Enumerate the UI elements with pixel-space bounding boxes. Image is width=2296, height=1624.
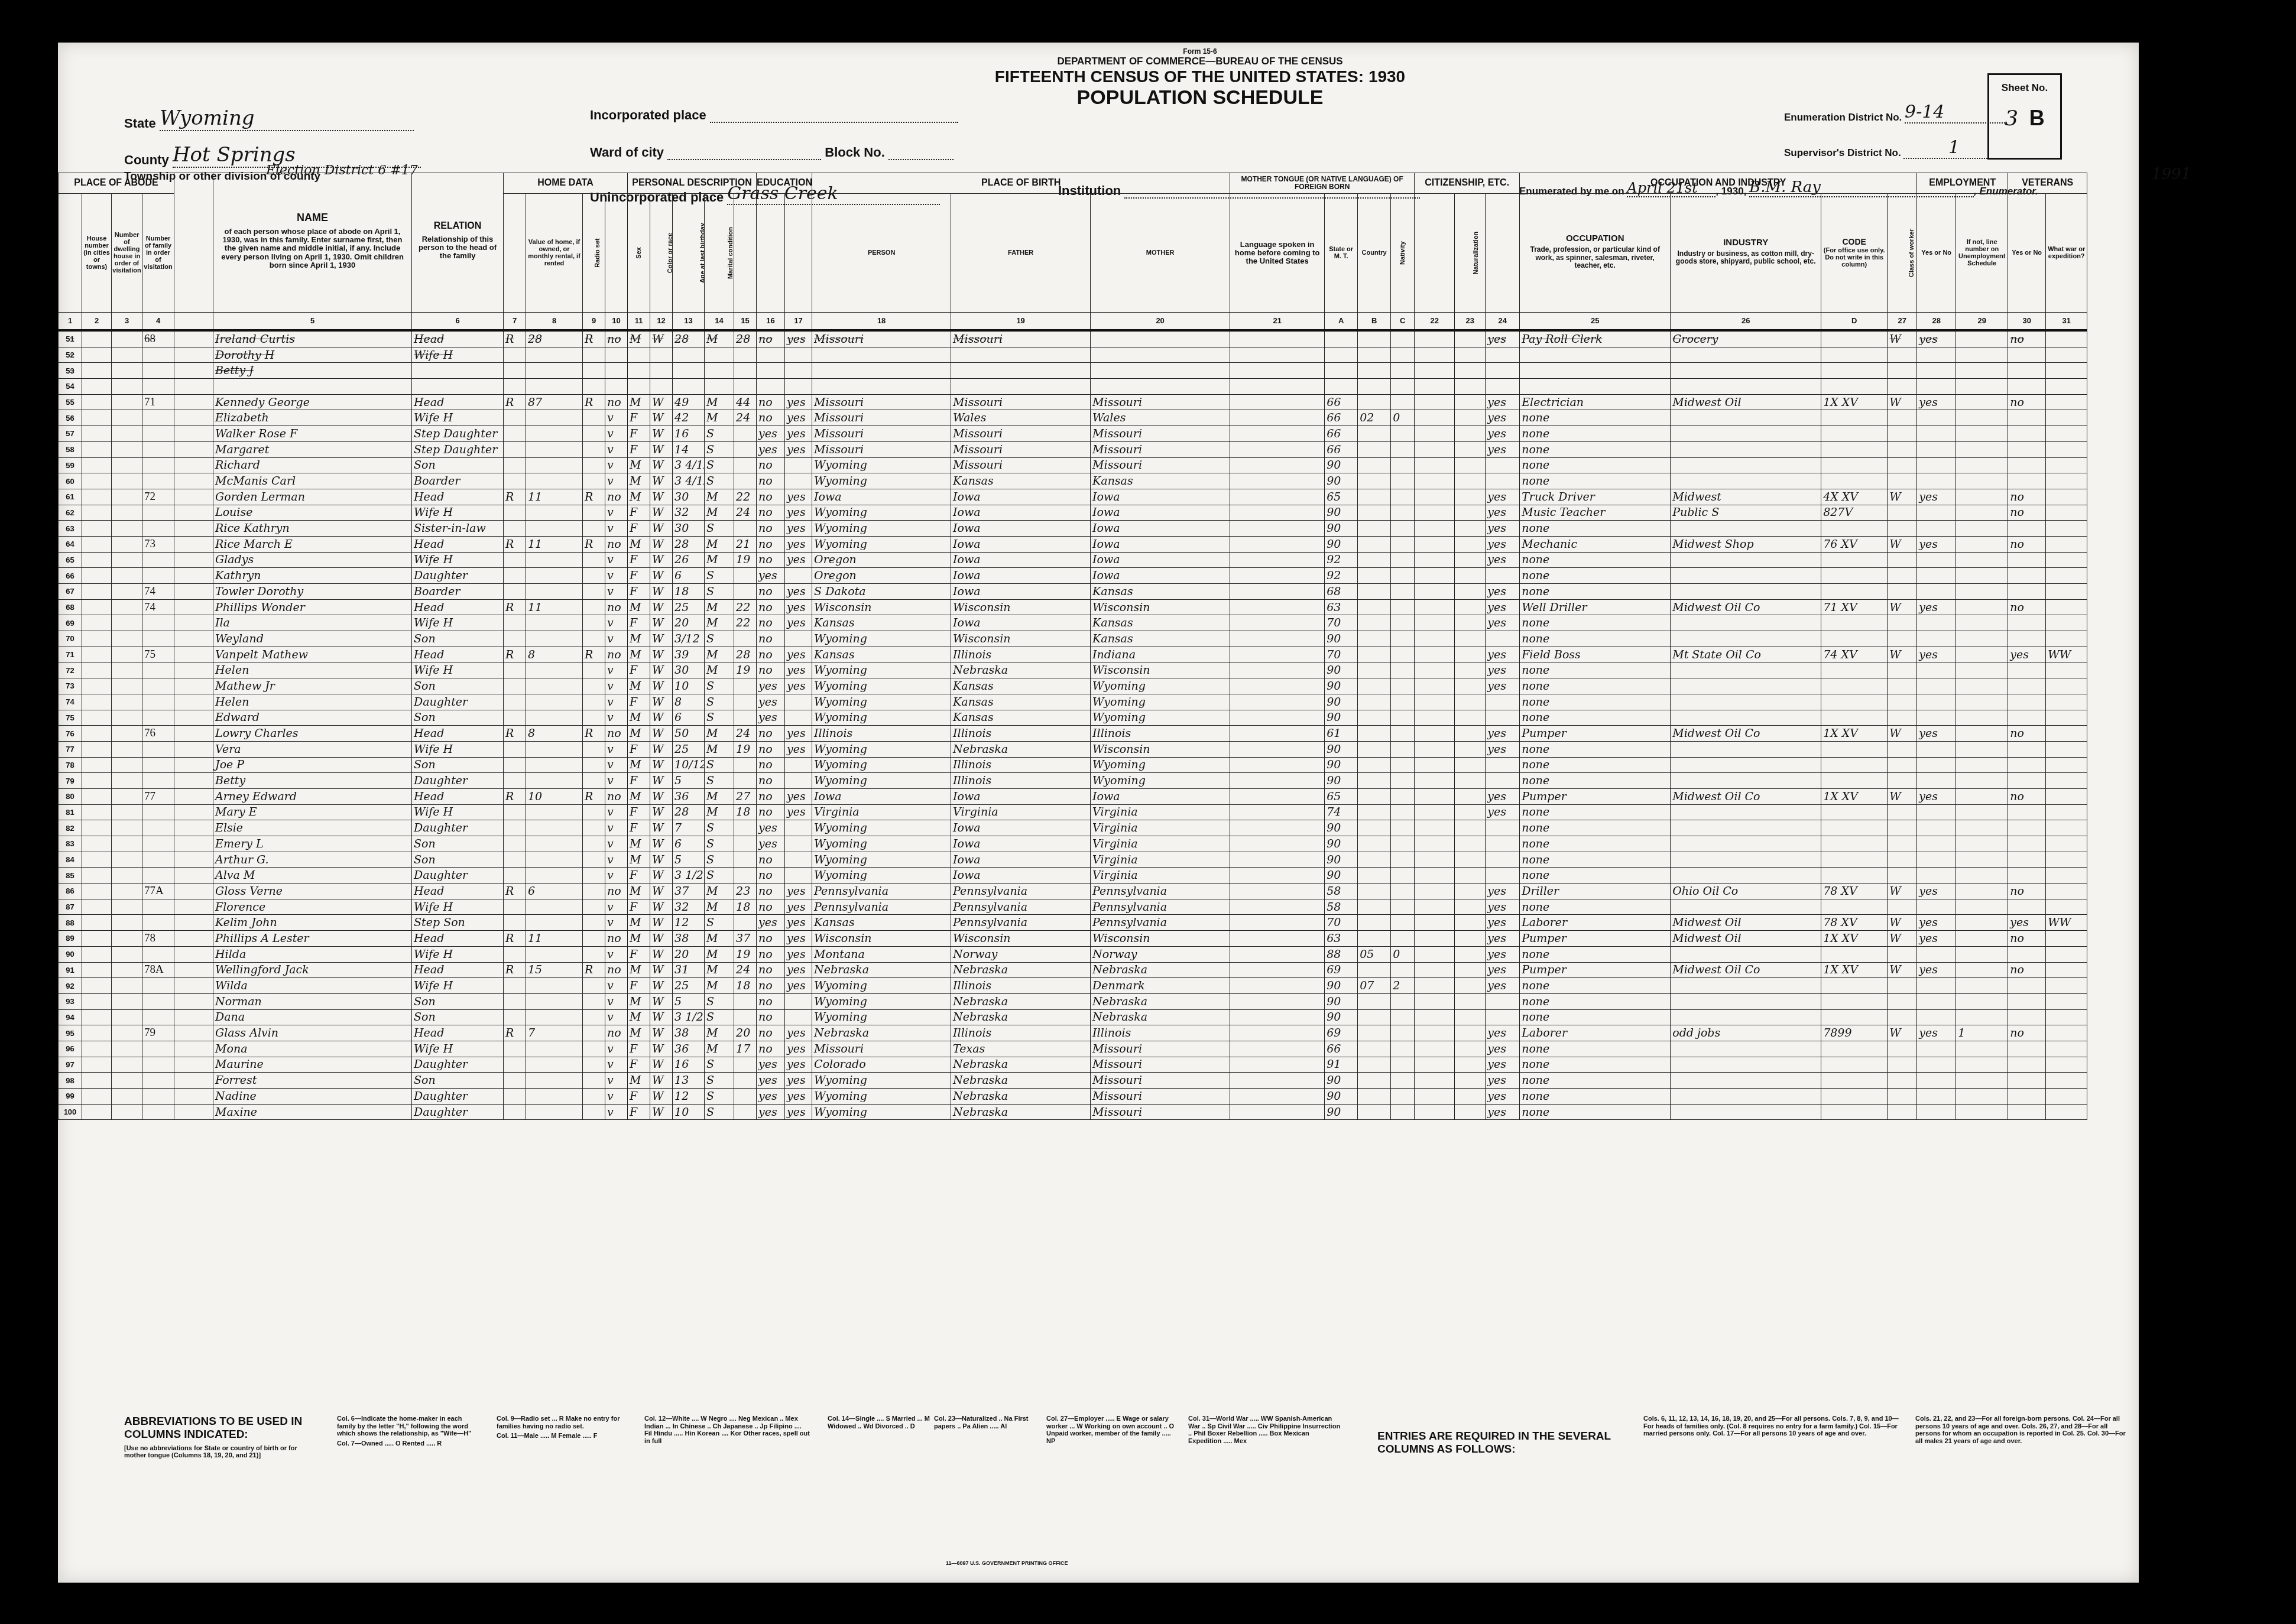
attended-school: no [757,1041,785,1057]
sex: M [628,710,650,726]
on-farm: no [605,788,628,804]
code-c [1391,457,1415,473]
group-citizenship: CITIZENSHIP, ETC. [1415,173,1520,194]
code-a: 66 [1325,1041,1358,1057]
speaks-english [1486,568,1520,584]
sex: F [628,426,650,442]
read-write: yes [785,536,812,552]
industry [1671,1009,1821,1025]
relation: Head [412,726,504,742]
radio-set [583,457,605,473]
age-first-marriage [734,441,757,457]
birthplace-mother: Pennsylvania [1091,884,1230,899]
column-number: D [1821,313,1888,331]
on-farm: v [605,505,628,521]
marital-status: S [705,852,734,868]
birthplace-person: Wyoming [812,678,951,694]
family-number [142,1104,174,1120]
race: W [650,599,673,615]
line-number: 99 [59,1089,82,1105]
home-owned [504,1041,526,1057]
on-farm: v [605,836,628,852]
war: WW [2046,915,2087,931]
mother-tongue [1230,1009,1325,1025]
industry: Midwest Oil Co [1671,962,1821,978]
house-number [82,394,112,410]
birthplace-mother: Pennsylvania [1091,899,1230,915]
immigration-year [1415,347,1455,363]
speaks-english [1486,473,1520,489]
dwelling-number [112,1073,142,1089]
column-number: 9 [583,313,605,331]
house-number [82,457,112,473]
dwelling-number [112,757,142,773]
naturalization [1455,363,1486,379]
family-number [142,379,174,395]
occupation-code [1821,804,1888,820]
class-of-worker: W [1888,1025,1917,1041]
mother-tongue [1230,505,1325,521]
race: W [650,694,673,710]
industry [1671,1104,1821,1120]
code-a: 90 [1325,694,1358,710]
age-first-marriage [734,363,757,379]
sex: M [628,931,650,947]
age: 6 [673,568,705,584]
immigration-year [1415,521,1455,537]
age: 10/12 [673,757,705,773]
marital-status [705,363,734,379]
unemployment-line [1956,615,2008,631]
birthplace-person: Wyoming [812,521,951,537]
age: 50 [673,726,705,742]
race: W [650,1057,673,1073]
birthplace-father: Nebraska [951,1057,1091,1073]
code-b [1358,647,1391,662]
industry: Public S [1671,505,1821,521]
unemployment-line [1956,788,2008,804]
radio-set: R [583,394,605,410]
code-b [1358,615,1391,631]
house-number [82,931,112,947]
sheet-number-box: Sheet No. 3 B [1987,73,2062,160]
birthplace-mother: Kansas [1091,584,1230,600]
house-number [82,662,112,678]
marital-status: S [705,757,734,773]
dwelling-number [112,441,142,457]
dwelling-number [112,647,142,662]
at-work [1917,631,1956,647]
department: DEPARTMENT OF COMMERCE—BUREAU OF THE CEN… [934,56,1466,67]
code-b: 05 [1358,946,1391,962]
mother-tongue [1230,363,1325,379]
unemployment-line [1956,694,2008,710]
class-of-worker [1888,678,1917,694]
occupation: Driller [1520,884,1671,899]
veteran [2008,804,2046,820]
person-name: Alva M [213,868,412,884]
dwelling-number [112,694,142,710]
veteran [2008,1041,2046,1057]
table-row: 5454 [59,379,2087,395]
code-c [1391,836,1415,852]
at-work [1917,662,1956,678]
birthplace-mother: Virginia [1091,836,1230,852]
age-first-marriage [734,347,757,363]
race: W [650,441,673,457]
census-title: FIFTEENTH CENSUS OF THE UNITED STATES: 1… [934,67,1466,86]
family-number [142,568,174,584]
line-number: 55 [59,394,82,410]
industry [1671,347,1821,363]
line-number: 68 [59,599,82,615]
birthplace-father: Iowa [951,505,1091,521]
family-number: 78A [142,962,174,978]
code-c [1391,741,1415,757]
class-of-worker: W [1888,599,1917,615]
family-number [142,473,174,489]
person-name: Kelim John [213,915,412,931]
veteran: no [2008,788,2046,804]
occupation-code [1821,473,1888,489]
family-number: 74 [142,599,174,615]
mother-tongue [1230,962,1325,978]
home-owned [504,1089,526,1105]
house-number [82,330,112,347]
relation: Head [412,536,504,552]
race: W [650,631,673,647]
on-farm: no [605,726,628,742]
birthplace-mother: Missouri [1091,1073,1230,1089]
dwelling-number [112,993,142,1009]
speaks-english: yes [1486,489,1520,505]
veteran [2008,852,2046,868]
on-farm: v [605,584,628,600]
birthplace-person: Wyoming [812,852,951,868]
mother-tongue [1230,568,1325,584]
home-owned [504,521,526,537]
family-number: 75 [142,647,174,662]
unemployment-line [1956,678,2008,694]
at-work [1917,1073,1956,1089]
race: W [650,521,673,537]
table-row: 96MonaWife HvFW36M17noyesMissouriTexasMi… [59,1041,2087,1057]
mother-tongue [1230,584,1325,600]
code-b: 07 [1358,978,1391,994]
relation: Daughter [412,1057,504,1073]
class-of-worker [1888,741,1917,757]
code-c [1391,379,1415,395]
race: W [650,1025,673,1041]
industry [1671,1057,1821,1073]
column-number: 22 [1415,313,1455,331]
at-work [1917,441,1956,457]
birthplace-mother: Missouri [1091,1104,1230,1120]
street-cell [174,741,213,757]
relation: Daughter [412,694,504,710]
naturalization [1455,962,1486,978]
home-value: 8 [526,726,583,742]
dwelling-number [112,1089,142,1105]
industry [1671,741,1821,757]
home-value [526,741,583,757]
industry [1671,694,1821,710]
occupation: none [1520,1057,1671,1073]
age-first-marriage: 28 [734,330,757,347]
code-b [1358,426,1391,442]
war [2046,978,2087,994]
war [2046,631,2087,647]
speaks-english: yes [1486,1041,1520,1057]
code-c [1391,1041,1415,1057]
form-number: Form 15-6 [934,47,1466,56]
read-write: yes [785,662,812,678]
column-number: 10 [605,313,628,331]
code-b [1358,662,1391,678]
immigration-year [1415,820,1455,836]
family-number [142,741,174,757]
code-a: 90 [1325,757,1358,773]
street-cell [174,347,213,363]
relation: Daughter [412,773,504,789]
home-value [526,899,583,915]
unemployment-line [1956,426,2008,442]
birthplace-mother: Missouri [1091,1089,1230,1105]
occupation-code [1821,379,1888,395]
industry [1671,568,1821,584]
radio-set [583,946,605,962]
code-a: 90 [1325,457,1358,473]
printer-mark: 11—6097 U.S. GOVERNMENT PRINTING OFFICE [946,1560,1068,1566]
sex: M [628,884,650,899]
immigration-year [1415,505,1455,521]
class-of-worker [1888,757,1917,773]
speaks-english: yes [1486,931,1520,947]
head-pob-mother: MOTHER [1091,194,1230,313]
age: 13 [673,1073,705,1089]
industry: Midwest Oil Co [1671,599,1821,615]
sex: M [628,457,650,473]
read-write [785,852,812,868]
radio-set [583,694,605,710]
class-of-worker: W [1888,788,1917,804]
read-write: yes [785,441,812,457]
line-number: 54 [59,379,82,395]
code-c [1391,884,1415,899]
marital-status: M [705,931,734,947]
table-row: 97MaurineDaughtervFW16SyesyesColoradoNeb… [59,1057,2087,1073]
house-number [82,1089,112,1105]
home-value [526,505,583,521]
occupation: Electrician [1520,394,1671,410]
veteran [2008,521,2046,537]
relation: Wife H [412,505,504,521]
occupation: Music Teacher [1520,505,1671,521]
home-value [526,915,583,931]
industry [1671,852,1821,868]
person-name: Maxine [213,1104,412,1120]
on-farm [605,347,628,363]
sex: M [628,1025,650,1041]
veteran [2008,426,2046,442]
home-value [526,441,583,457]
dwelling-number [112,426,142,442]
house-number [82,678,112,694]
on-farm: v [605,457,628,473]
birthplace-father: Missouri [951,394,1091,410]
mother-tongue [1230,489,1325,505]
race: W [650,899,673,915]
code-b [1358,536,1391,552]
birthplace-person: Wyoming [812,1104,951,1120]
state-value: Wyoming [160,106,414,131]
occupation-code [1821,330,1888,347]
radio-set: R [583,536,605,552]
industry [1671,631,1821,647]
industry [1671,993,1821,1009]
veteran [2008,1057,2046,1073]
street-cell [174,536,213,552]
age: 25 [673,599,705,615]
sex: F [628,868,650,884]
on-farm: v [605,1009,628,1025]
on-farm: v [605,1073,628,1089]
on-farm: v [605,662,628,678]
birthplace-father: Wisconsin [951,631,1091,647]
war [2046,1073,2087,1089]
family-number: 76 [142,726,174,742]
house-number [82,962,112,978]
birthplace-father: Iowa [951,820,1091,836]
birthplace-father: Wisconsin [951,931,1091,947]
read-write [785,757,812,773]
naturalization [1455,694,1486,710]
code-c [1391,1057,1415,1073]
column-number: 12 [650,313,673,331]
code-b: 02 [1358,410,1391,426]
unemployment-line: 1 [1956,1025,2008,1041]
read-write [785,473,812,489]
family-number [142,1089,174,1105]
on-farm [605,379,628,395]
code-b [1358,1057,1391,1073]
on-farm: v [605,820,628,836]
code-b [1358,1089,1391,1105]
marital-status: M [705,788,734,804]
birthplace-person: Colorado [812,1057,951,1073]
home-value [526,552,583,568]
attended-school: no [757,505,785,521]
unemployment-line [1956,363,2008,379]
class-of-worker: W [1888,884,1917,899]
family-number: 77A [142,884,174,899]
birthplace-mother: Kansas [1091,631,1230,647]
industry: Midwest Oil Co [1671,726,1821,742]
code-b [1358,1025,1391,1041]
code-c [1391,1025,1415,1041]
class-of-worker [1888,946,1917,962]
birthplace-person: Wisconsin [812,931,951,947]
on-farm: v [605,552,628,568]
abbr-col23: Col. 23—Naturalized .. Na First papers .… [934,1415,1040,1430]
veteran [2008,868,2046,884]
veteran [2008,710,2046,726]
sex: F [628,694,650,710]
occupation: Pumper [1520,962,1671,978]
on-farm: v [605,710,628,726]
home-value [526,521,583,537]
radio-set [583,631,605,647]
veteran [2008,694,2046,710]
industry: Midwest Oil [1671,931,1821,947]
margin-number: 1991 [2152,165,2191,183]
attended-school: no [757,931,785,947]
sex: F [628,773,650,789]
sex [628,347,650,363]
birthplace-mother: Iowa [1091,552,1230,568]
radio-set [583,1009,605,1025]
industry: Midwest Oil [1671,394,1821,410]
birthplace-father: Kansas [951,694,1091,710]
sex: F [628,1089,650,1105]
birthplace-person: Oregon [812,568,951,584]
code-b [1358,363,1391,379]
birthplace-person: Kansas [812,615,951,631]
family-number: 78 [142,931,174,947]
home-value [526,1073,583,1089]
house-number [82,868,112,884]
age [673,347,705,363]
occupation [1520,347,1671,363]
radio-set: R [583,726,605,742]
home-owned [504,1073,526,1089]
mother-tongue [1230,347,1325,363]
marital-status: S [705,694,734,710]
dwelling-number [112,599,142,615]
naturalization [1455,710,1486,726]
radio-set [583,836,605,852]
dwelling-number [112,946,142,962]
column-number: 31 [2046,313,2087,331]
at-work: yes [1917,1025,1956,1041]
attended-school: yes [757,915,785,931]
home-owned: R [504,931,526,947]
war [2046,505,2087,521]
code-c [1391,505,1415,521]
head-age-marriage: Age at first marriage [734,194,757,313]
marital-status: S [705,1104,734,1120]
code-c [1391,441,1415,457]
at-work [1917,678,1956,694]
birthplace-mother: Iowa [1091,788,1230,804]
sex: F [628,410,650,426]
veteran: no [2008,330,2046,347]
at-work: yes [1917,647,1956,662]
street-cell [174,804,213,820]
code-c [1391,662,1415,678]
code-c [1391,426,1415,442]
birthplace-person: Missouri [812,394,951,410]
occupation-code [1821,1057,1888,1073]
dwelling-number [112,868,142,884]
age-first-marriage [734,379,757,395]
age: 38 [673,931,705,947]
head-dwelling: Number of dwelling house in order of vis… [112,194,142,313]
attended-school: yes [757,820,785,836]
code-a: 91 [1325,1057,1358,1073]
relation: Step Daughter [412,426,504,442]
line-number: 98 [59,1073,82,1089]
